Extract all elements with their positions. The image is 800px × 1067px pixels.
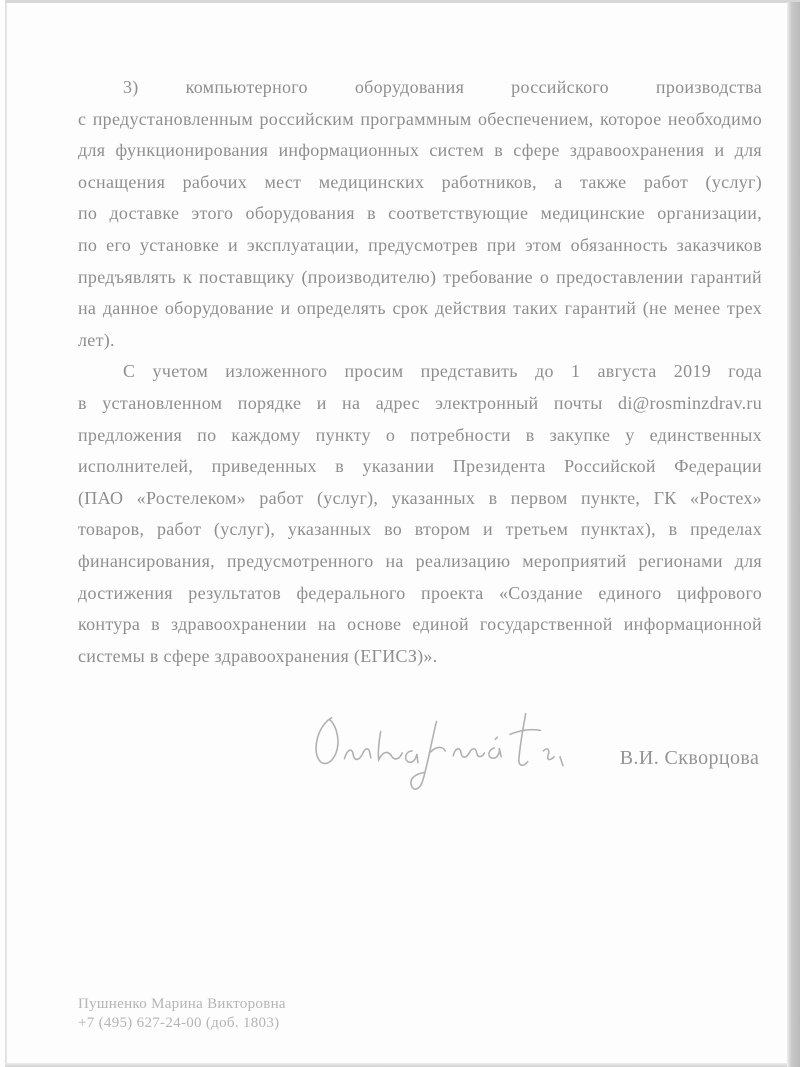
text-line: оснащения рабочих мест медицинских работ… bbox=[78, 167, 762, 199]
handwritten-signature-icon bbox=[285, 700, 590, 798]
text-line: (ПАО «Ростелеком» работ (услуг), указанн… bbox=[78, 483, 762, 515]
text-line: 3) компьютерного оборудования российског… bbox=[78, 72, 762, 104]
signatory-name: В.И. Скворцова bbox=[612, 747, 767, 770]
scan-edge-left bbox=[5, 2, 7, 1067]
text-line: по доставке этого оборудования в соответ… bbox=[78, 198, 762, 230]
text-line: по его установке и эксплуатации, предусм… bbox=[78, 230, 762, 262]
text-line: в установленном порядке и на адрес элект… bbox=[78, 388, 762, 420]
text-line: для функционирования информационных сист… bbox=[78, 135, 762, 167]
text-line: лет). bbox=[78, 325, 762, 357]
text-line: контура в здравоохранении на основе един… bbox=[78, 609, 762, 641]
scan-edge-bottom bbox=[5, 1063, 787, 1067]
scan-edge-top bbox=[5, 0, 800, 3]
text-line: с предустановленным российским программн… bbox=[78, 104, 762, 136]
text-line: предъявлять к поставщику (производителю)… bbox=[78, 262, 762, 294]
text-line: товаров, работ (услуг), указанных во вто… bbox=[78, 514, 762, 546]
contact-footer: Пушненко Марина Викторовна +7 (495) 627-… bbox=[78, 995, 286, 1033]
scan-edge-right bbox=[787, 2, 800, 1067]
contact-name: Пушненко Марина Викторовна bbox=[78, 995, 286, 1014]
text-line: финансирования, предусмотренного на реал… bbox=[78, 546, 762, 578]
scanned-letter-page: 3) компьютерного оборудования российског… bbox=[0, 0, 800, 1067]
text-line: достижения результатов федерального прое… bbox=[78, 578, 762, 610]
text-line: предложения по каждому пункту о потребно… bbox=[78, 420, 762, 452]
text-line: на данное оборудование и определять срок… bbox=[78, 293, 762, 325]
text-line: С учетом изложенного просим представить … bbox=[78, 356, 762, 388]
contact-phone: +7 (495) 627-24-00 (доб. 1803) bbox=[78, 1014, 286, 1033]
text-line: системы в сфере здравоохранения (ЕГИСЗ)»… bbox=[78, 641, 762, 673]
document-body: 3) компьютерного оборудования российског… bbox=[78, 72, 762, 672]
text-line: исполнителей, приведенных в указании Пре… bbox=[78, 451, 762, 483]
